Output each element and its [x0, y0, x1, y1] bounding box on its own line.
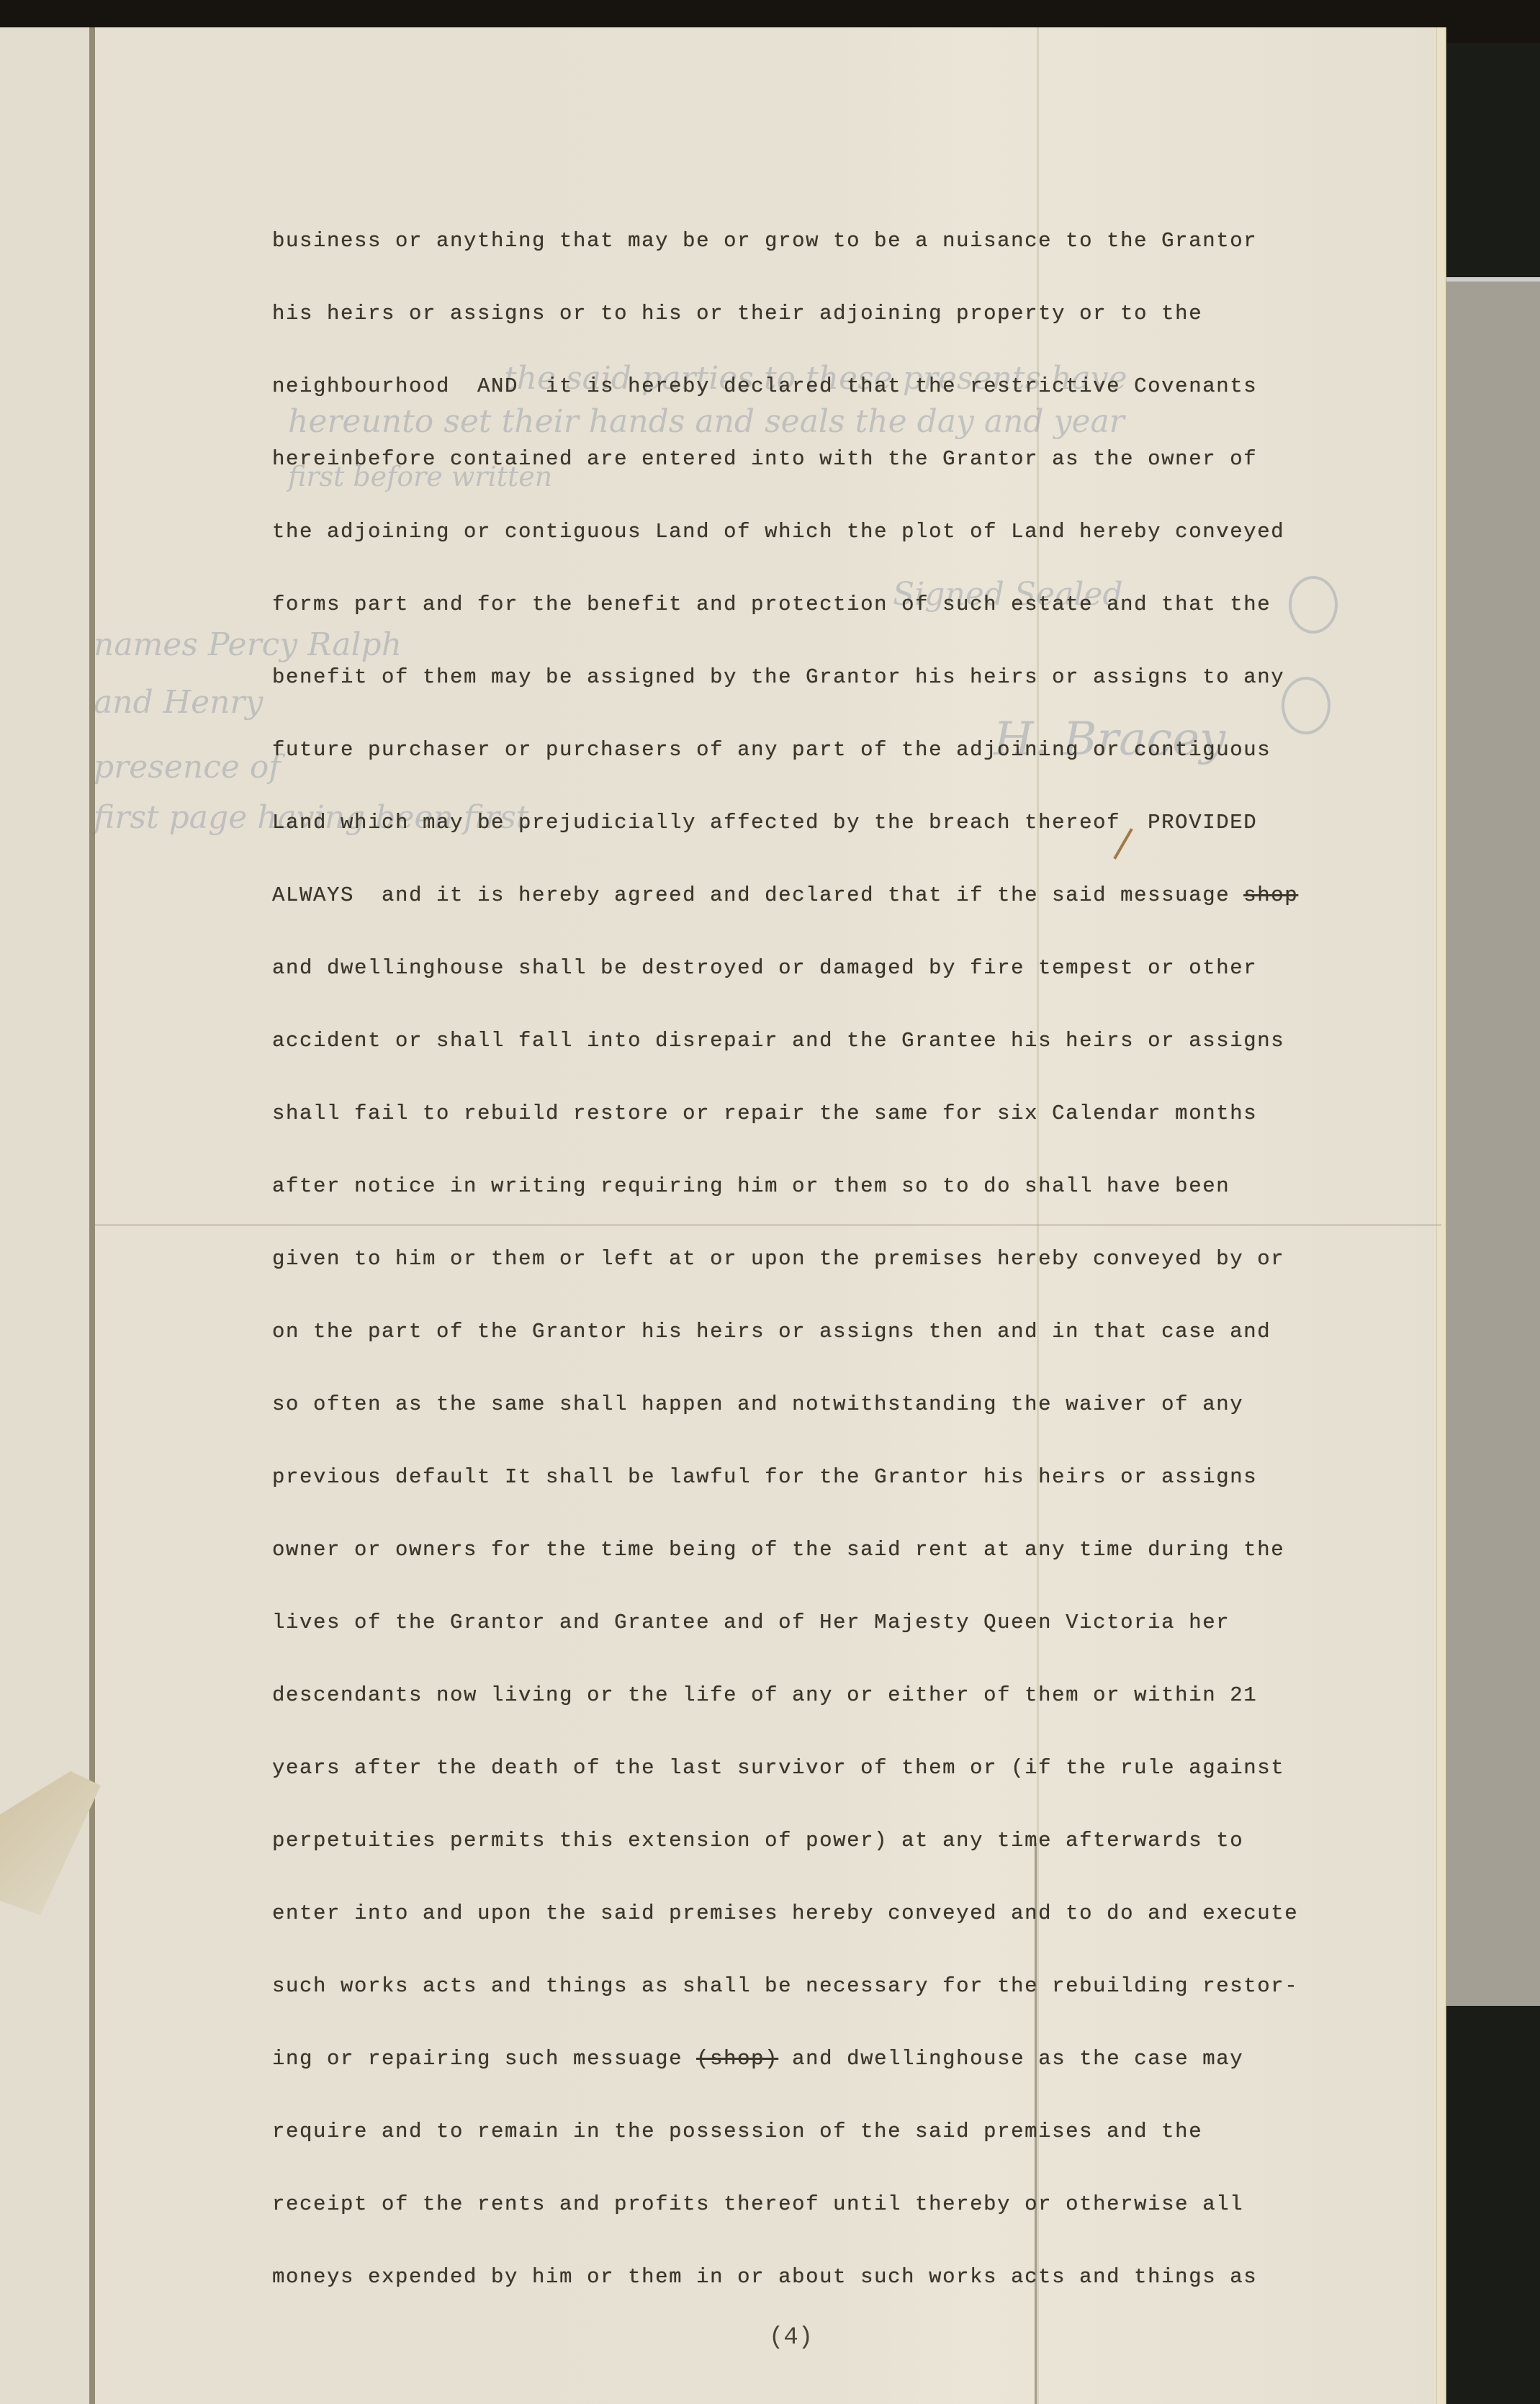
text-line: Land which may be prejudicially affected… [272, 798, 1352, 870]
text-line: previous default It shall be lawful for … [272, 1452, 1352, 1525]
text-line: given to him or them or left at or upon … [272, 1234, 1352, 1307]
text-line: perpetuities permits this extension of p… [272, 1816, 1352, 1888]
struck-out-word: (shop) [696, 2047, 778, 2071]
text-line: owner or owners for the time being of th… [272, 1525, 1352, 1598]
struck-out-word: shop [1243, 883, 1298, 907]
text-line: moneys expended by him or them in or abo… [272, 2252, 1352, 2325]
text-line: receipt of the rents and profits thereof… [272, 2179, 1352, 2252]
text-line: after notice in writing requiring him or… [272, 1161, 1352, 1234]
text-line: neighbourhood AND it is hereby declared … [272, 361, 1352, 434]
text-line: business or anything that may be or grow… [272, 216, 1352, 289]
page-number: (4) [769, 2324, 813, 2351]
text-line: future purchaser or purchasers of any pa… [272, 725, 1352, 798]
text-line: hereinbefore contained are entered into … [272, 434, 1352, 507]
text-line-content: and dwellinghouse as the case may [778, 2047, 1243, 2071]
text-line: on the part of the Grantor his heirs or … [272, 1307, 1352, 1379]
text-line: so often as the same shall happen and no… [272, 1379, 1352, 1452]
text-line: descendants now living or the life of an… [272, 1670, 1352, 1743]
text-line: require and to remain in the possession … [272, 2107, 1352, 2179]
text-line-content: ing or repairing such messuage [272, 2047, 683, 2071]
text-line: forms part and for the benefit and prote… [272, 580, 1352, 652]
typed-body-text: business or anything that may be or grow… [272, 216, 1352, 2325]
text-line: enter into and upon the said premises he… [272, 1888, 1352, 1961]
text-line: shall fail to rebuild restore or repair … [272, 1089, 1352, 1161]
text-line: such works acts and things as shall be n… [272, 1961, 1352, 2034]
text-line: and dwellinghouse shall be destroyed or … [272, 943, 1352, 1016]
text-line: his heirs or assigns or to his or their … [272, 289, 1352, 361]
stacked-page-edges [1436, 27, 1446, 2404]
text-line: ing or repairing such messuage (shop) an… [272, 2034, 1352, 2107]
text-line: lives of the Grantor and Grantee and of … [272, 1598, 1352, 1670]
previous-page-leaf [0, 27, 90, 2404]
text-line: accident or shall fall into disrepair an… [272, 1016, 1352, 1089]
text-line-content: ALWAYS and it is hereby agreed and decla… [272, 883, 1230, 907]
text-line: ALWAYS and it is hereby agreed and decla… [272, 870, 1352, 943]
page-gutter [89, 27, 95, 2404]
grey-mount-board [1446, 277, 1540, 2006]
text-line: benefit of them may be assigned by the G… [272, 652, 1352, 725]
bleed-through-handwriting: presence of [94, 749, 281, 785]
text-line: the adjoining or contiguous Land of whic… [272, 507, 1352, 580]
text-line: years after the death of the last surviv… [272, 1743, 1352, 1816]
bleed-through-handwriting: and Henry [94, 684, 263, 721]
